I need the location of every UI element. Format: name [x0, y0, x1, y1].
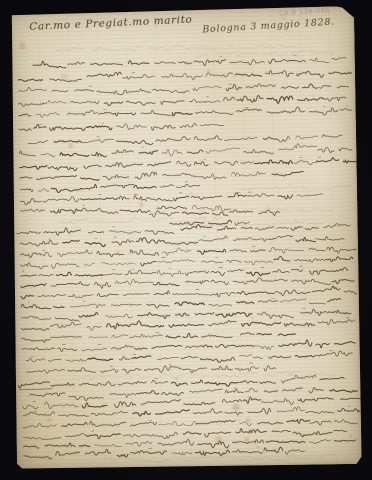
scan-background: CA B 136-046 Car.mo e Pregiat.mo marito … [0, 0, 372, 480]
handwriting-body [9, 6, 362, 470]
letter-page: CA B 136-046 Car.mo e Pregiat.mo marito … [9, 6, 362, 470]
